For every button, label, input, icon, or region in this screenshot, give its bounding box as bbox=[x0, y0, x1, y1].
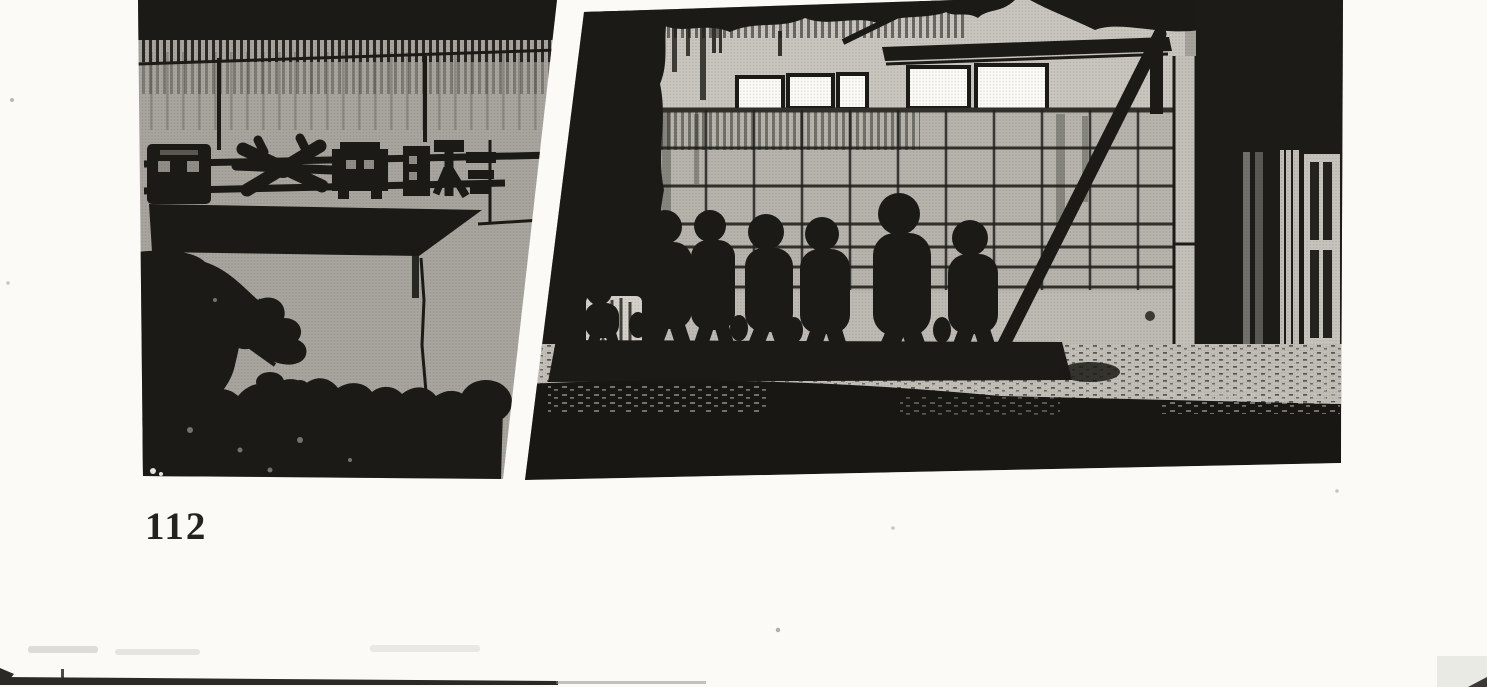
left-panel bbox=[138, 0, 558, 481]
bottom-rule bbox=[0, 668, 706, 685]
right-panel bbox=[500, 0, 1344, 481]
bottom-right-artifact bbox=[1437, 656, 1487, 687]
halftone-overlay bbox=[138, 0, 558, 481]
page-artwork bbox=[0, 0, 1487, 687]
halftone-overlay bbox=[524, 0, 1344, 481]
page-number: 112 bbox=[145, 504, 207, 549]
manga-page: 112 bbox=[0, 0, 1487, 687]
